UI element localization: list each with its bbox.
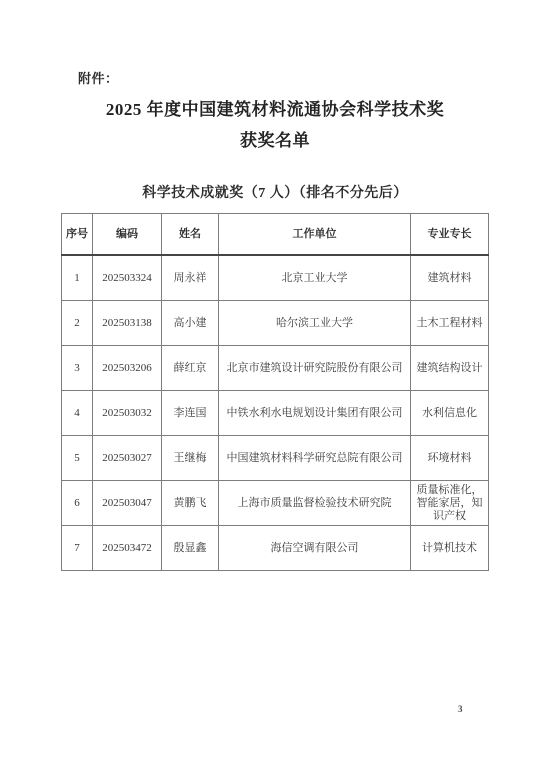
- cell-specialty: 建筑材料: [411, 255, 489, 301]
- table-row: 2 202503138 高小建 哈尔滨工业大学 土木工程材料: [62, 301, 489, 346]
- cell-code: 202503032: [93, 391, 162, 436]
- document-page: 附件： 2025 年度中国建筑材料流通协会科学技术奖 获奖名单 科学技术成就奖（…: [0, 0, 550, 778]
- table-row: 1 202503324 周永祥 北京工业大学 建筑材料: [62, 255, 489, 301]
- cell-code: 202503206: [93, 346, 162, 391]
- cell-code: 202503324: [93, 255, 162, 301]
- cell-name: 王继梅: [162, 436, 219, 481]
- cell-name: 黄鹏飞: [162, 481, 219, 526]
- header-name: 姓名: [162, 214, 219, 256]
- cell-org: 海信空调有限公司: [219, 526, 411, 571]
- cell-org: 北京工业大学: [219, 255, 411, 301]
- header-specialty: 专业专长: [411, 214, 489, 256]
- cell-no: 4: [62, 391, 93, 436]
- awards-table: 序号 编码 姓名 工作单位 专业专长 1 202503324 周永祥 北京工业大…: [61, 213, 489, 571]
- table-header-row: 序号 编码 姓名 工作单位 专业专长: [62, 214, 489, 256]
- attachment-label: 附件：: [78, 68, 119, 87]
- cell-name: 高小建: [162, 301, 219, 346]
- table-row: 5 202503027 王继梅 中国建筑材料科学研究总院有限公司 环境材料: [62, 436, 489, 481]
- cell-no: 1: [62, 255, 93, 301]
- table-row: 6 202503047 黄鹏飞 上海市质量监督检验技术研究院 质量标准化，智能家…: [62, 481, 489, 526]
- cell-specialty: 质量标准化，智能家居，知识产权: [411, 481, 489, 526]
- cell-no: 6: [62, 481, 93, 526]
- cell-specialty: 环境材料: [411, 436, 489, 481]
- table-row: 7 202503472 殷显鑫 海信空调有限公司 计算机技术: [62, 526, 489, 571]
- cell-org: 上海市质量监督检验技术研究院: [219, 481, 411, 526]
- cell-org: 中国建筑材料科学研究总院有限公司: [219, 436, 411, 481]
- cell-code: 202503472: [93, 526, 162, 571]
- cell-name: 殷显鑫: [162, 526, 219, 571]
- cell-name: 李连国: [162, 391, 219, 436]
- cell-specialty: 建筑结构设计: [411, 346, 489, 391]
- cell-org: 哈尔滨工业大学: [219, 301, 411, 346]
- cell-specialty: 土木工程材料: [411, 301, 489, 346]
- cell-no: 7: [62, 526, 93, 571]
- cell-no: 5: [62, 436, 93, 481]
- cell-code: 202503047: [93, 481, 162, 526]
- table-row: 3 202503206 薛红京 北京市建筑设计研究院股份有限公司 建筑结构设计: [62, 346, 489, 391]
- cell-code: 202503027: [93, 436, 162, 481]
- cell-specialty: 水利信息化: [411, 391, 489, 436]
- cell-specialty: 计算机技术: [411, 526, 489, 571]
- cell-name: 周永祥: [162, 255, 219, 301]
- header-no: 序号: [62, 214, 93, 256]
- cell-org: 中铁水利水电规划设计集团有限公司: [219, 391, 411, 436]
- page-title-line2: 获奖名单: [0, 125, 550, 156]
- cell-org: 北京市建筑设计研究院股份有限公司: [219, 346, 411, 391]
- cell-no: 2: [62, 301, 93, 346]
- table-row: 4 202503032 李连国 中铁水利水电规划设计集团有限公司 水利信息化: [62, 391, 489, 436]
- cell-name: 薛红京: [162, 346, 219, 391]
- page-number: 3: [458, 704, 463, 714]
- page-title-line1: 2025 年度中国建筑材料流通协会科学技术奖: [0, 94, 550, 125]
- section-title: 科学技术成就奖（7 人）（排名不分先后）: [0, 182, 550, 202]
- cell-no: 3: [62, 346, 93, 391]
- page-title: 2025 年度中国建筑材料流通协会科学技术奖 获奖名单: [0, 94, 550, 156]
- header-org: 工作单位: [219, 214, 411, 256]
- header-code: 编码: [93, 214, 162, 256]
- cell-code: 202503138: [93, 301, 162, 346]
